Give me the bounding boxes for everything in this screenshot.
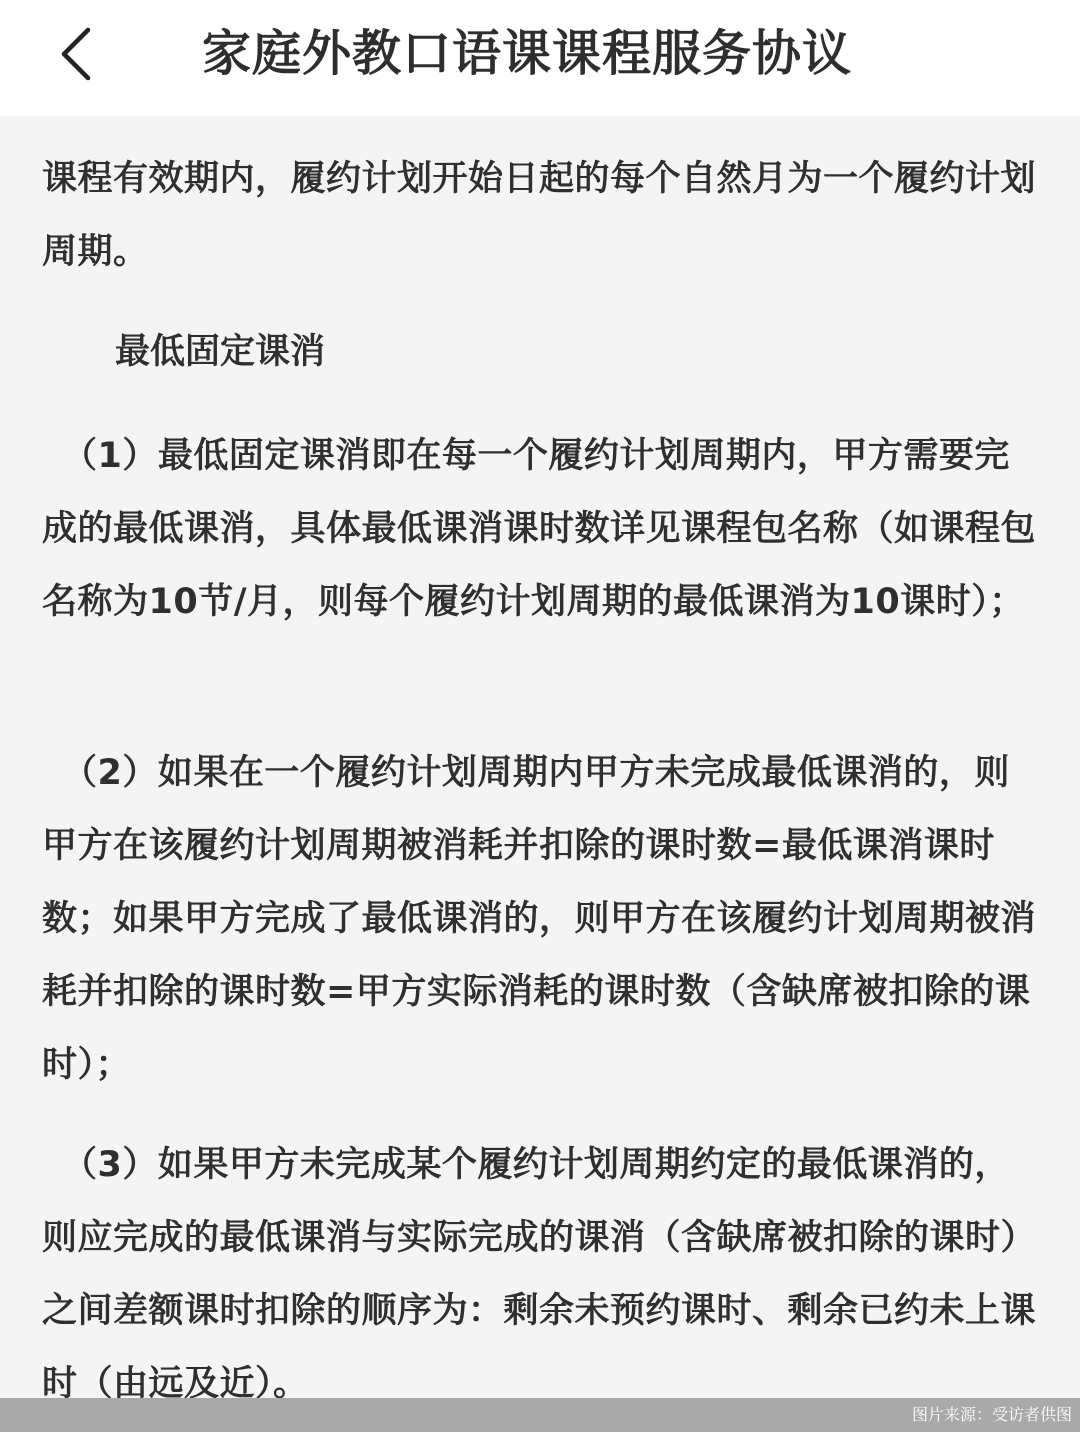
intro-paragraph: 课程有效期内，履约计划开始日起的每个自然月为一个履约计划周期。 bbox=[42, 143, 1042, 289]
clause-item-1: （1）最低固定课消即在每一个履约计划周期内，甲方需要完成的最低课消，具体最低课消… bbox=[42, 420, 1042, 639]
clause-text: 如果在一个履约计划周期内甲方未完成最低课消的，则甲方在该履约计划周期被消耗并扣除… bbox=[42, 753, 1036, 1085]
clause-number: （1） bbox=[42, 436, 158, 476]
back-button[interactable] bbox=[50, 22, 110, 86]
nav-header: 家庭外教口语课课程服务协议 bbox=[0, 0, 1080, 116]
clause-item-3: （3）如果甲方未完成某个履约计划周期约定的最低课消的，则应完成的最低课消与实际完… bbox=[42, 1129, 1042, 1421]
image-caption-bar: 图片来源：受访者供图 bbox=[0, 1398, 1080, 1432]
page-title: 家庭外教口语课课程服务协议 bbox=[202, 22, 852, 86]
image-source-caption: 图片来源：受访者供图 bbox=[912, 1398, 1072, 1432]
clause-number: （2） bbox=[42, 753, 158, 793]
agreement-content[interactable]: 课程有效期内，履约计划开始日起的每个自然月为一个履约计划周期。 最低固定课消 （… bbox=[0, 116, 1080, 1432]
clause-item-2: （2）如果在一个履约计划周期内甲方未完成最低课消的，则甲方在该履约计划周期被消耗… bbox=[42, 737, 1042, 1102]
clause-text: 如果甲方未完成某个履约计划周期约定的最低课消的，则应完成的最低课消与实际完成的课… bbox=[42, 1145, 1036, 1404]
clause-number: （3） bbox=[42, 1145, 158, 1185]
section-heading: 最低固定课消 bbox=[115, 316, 325, 389]
clause-text: 最低固定课消即在每一个履约计划周期内，甲方需要完成的最低课消，具体最低课消课时数… bbox=[42, 436, 1036, 622]
chevron-left-icon bbox=[50, 22, 110, 86]
